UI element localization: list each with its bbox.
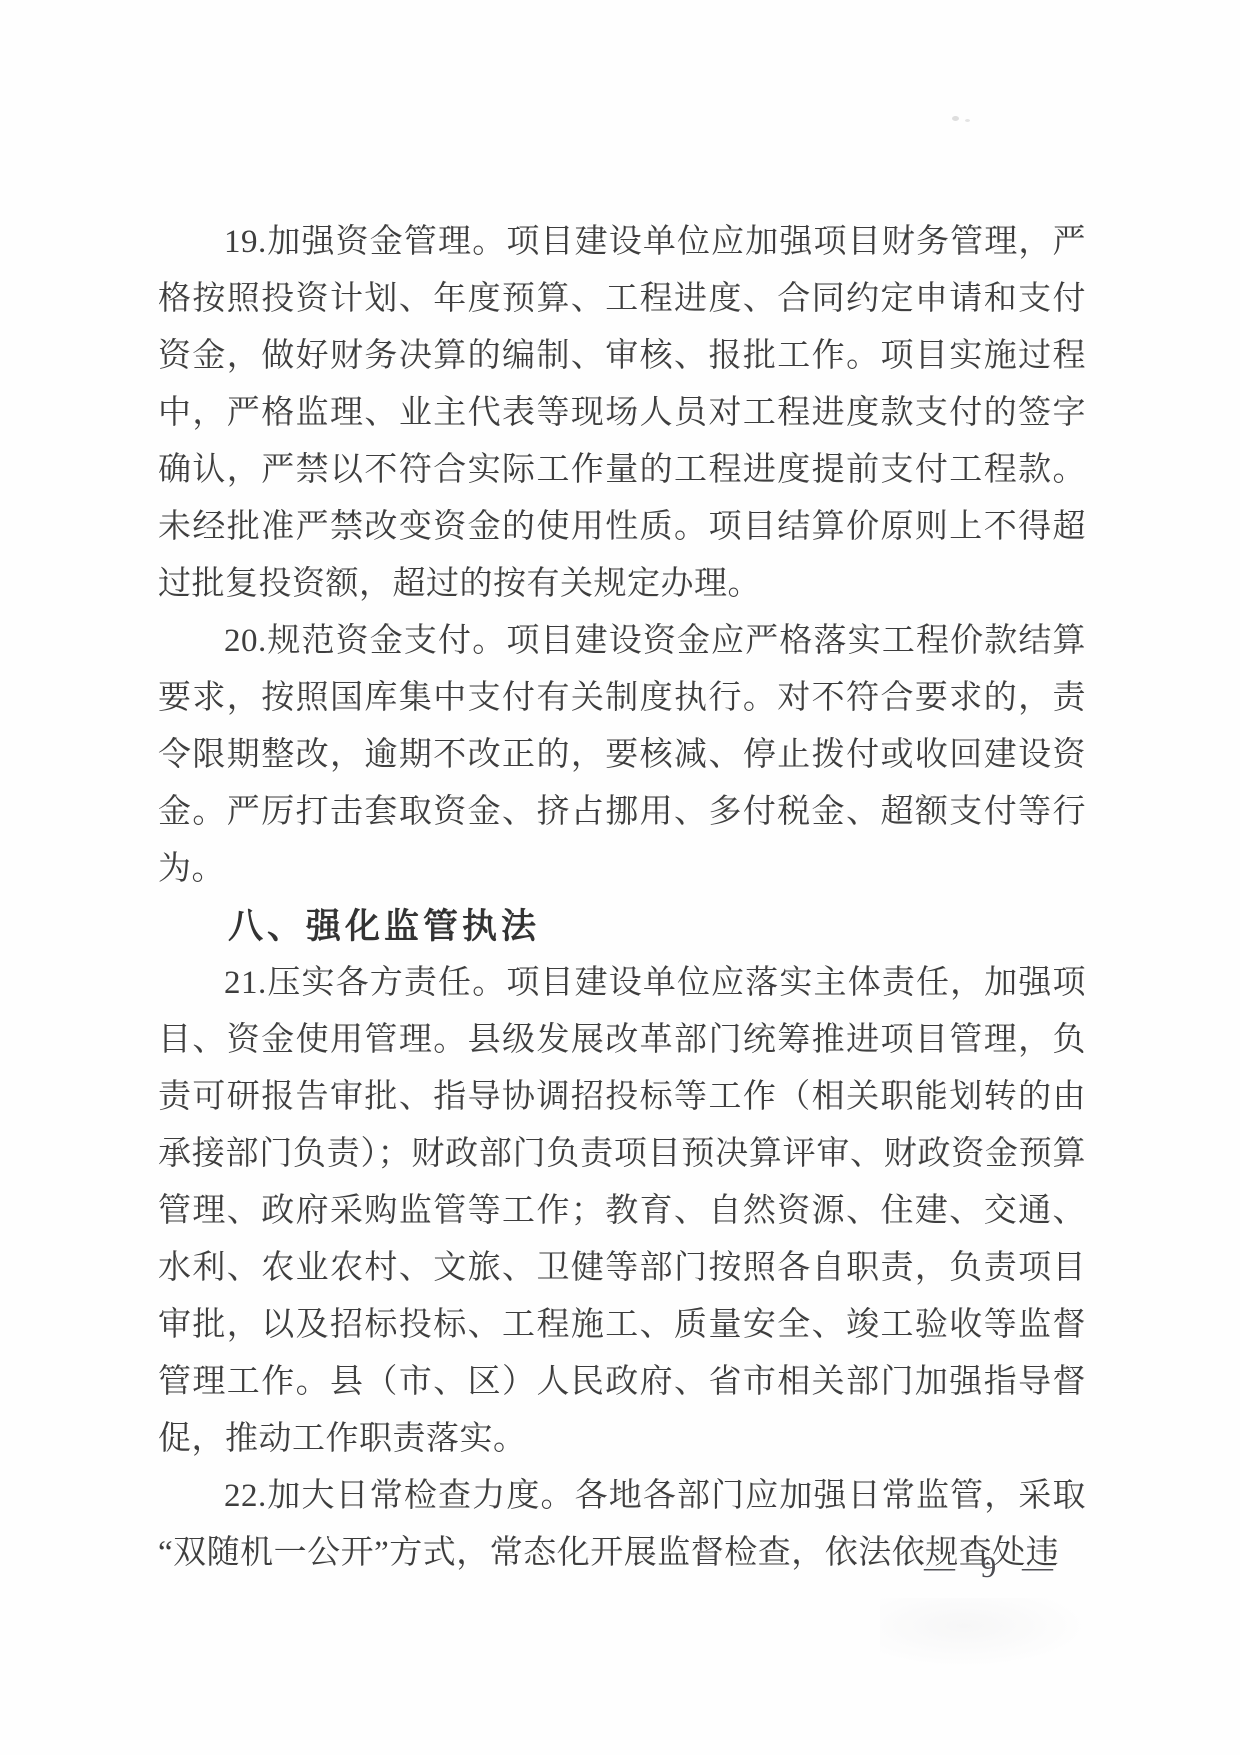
document-page: 19.加强资金管理。项目建设单位应加强项目财务管理，严格按照投资计划、年度预算、… — [0, 0, 1240, 1755]
paragraph-19-fund-management: 19.加强资金管理。项目建设单位应加强项目财务管理，严格按照投资计划、年度预算、… — [158, 214, 1086, 613]
scan-smudge — [880, 1598, 1090, 1668]
paragraph-21-responsibilities: 21.压实各方责任。项目建设单位应落实主体责任，加强项目、资金使用管理。县级发展… — [158, 955, 1086, 1468]
section-heading-8-supervision: 八、强化监管执法 — [158, 898, 1086, 955]
scan-artifact-dots — [952, 116, 959, 121]
paragraph-20-fund-payment: 20.规范资金支付。项目建设资金应严格落实工程价款结算要求，按照国库集中支付有关… — [158, 613, 1086, 898]
page-number: — 9 — — [924, 1549, 1062, 1585]
document-body: 19.加强资金管理。项目建设单位应加强项目财务管理，严格按照投资计划、年度预算、… — [158, 214, 1086, 1582]
